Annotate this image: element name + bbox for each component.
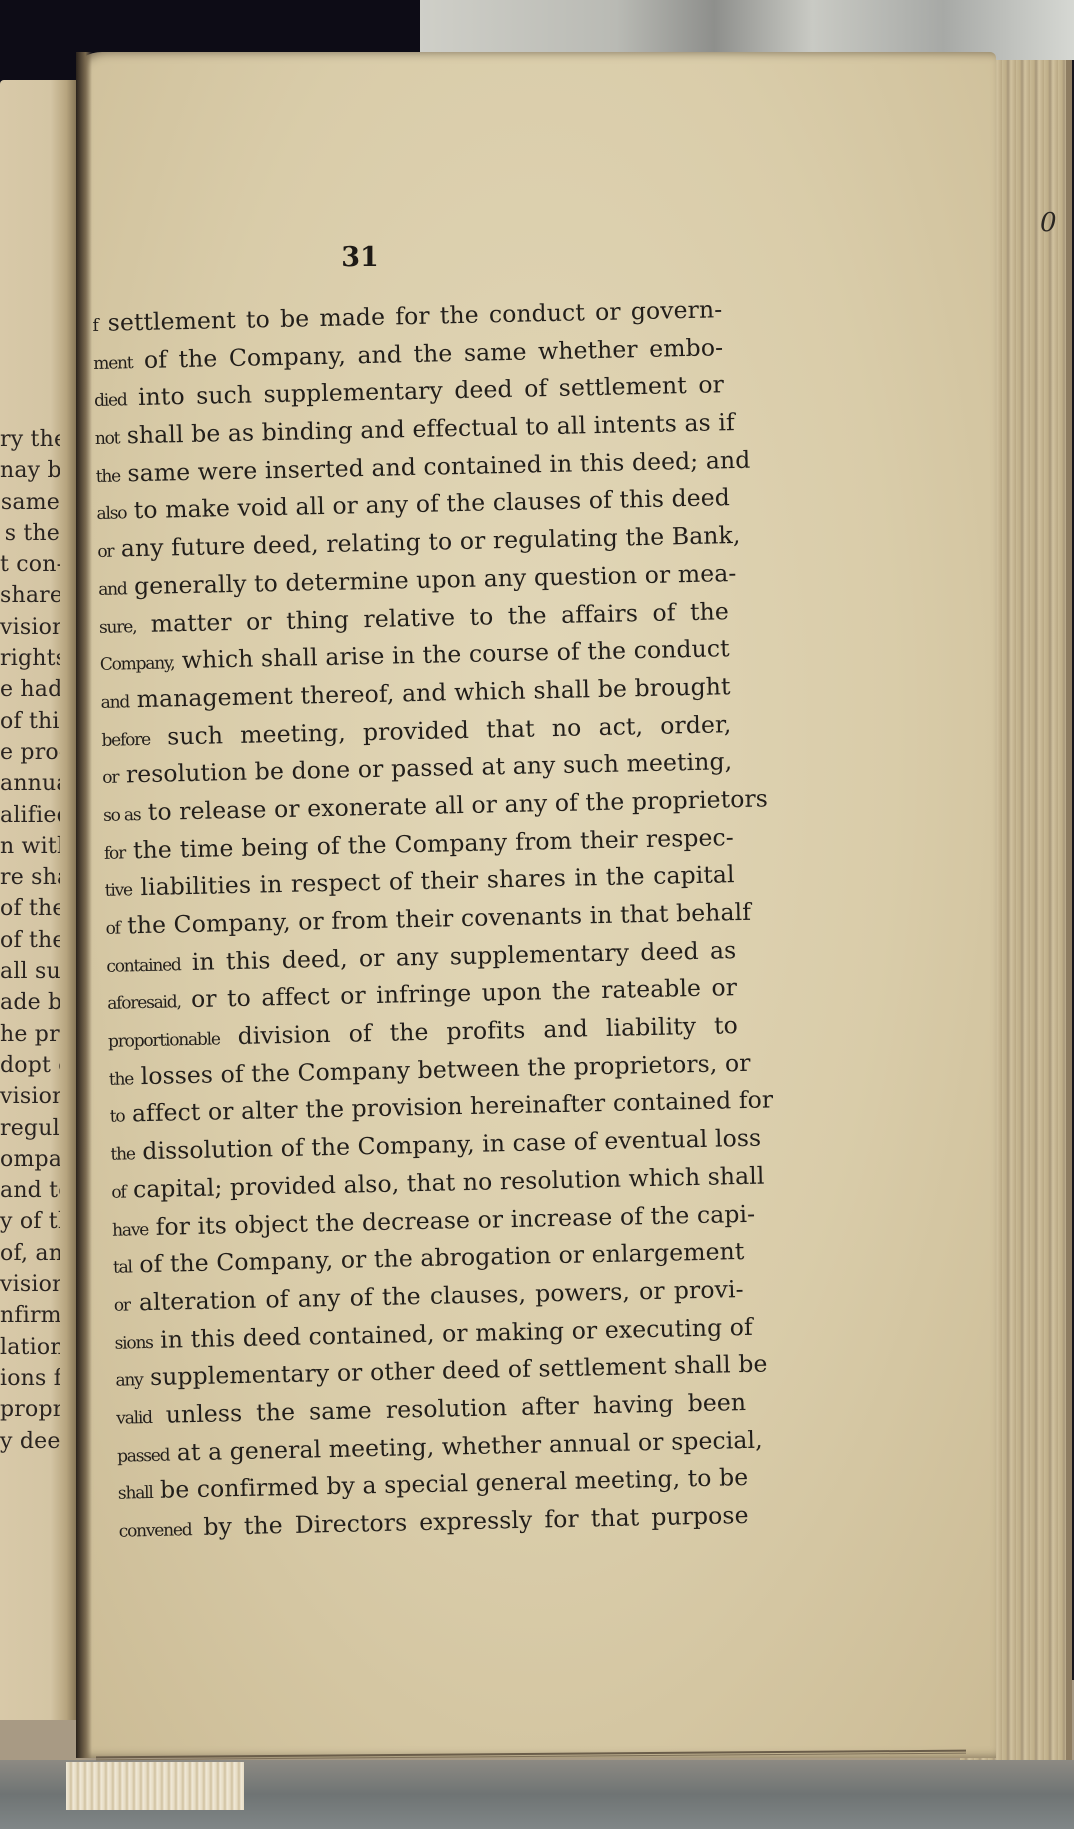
line-text: in this deed, or any supplementary deed … <box>192 936 737 976</box>
line-start-fragment: convened <box>119 1520 192 1542</box>
line-text: such meeting, provided that no act, orde… <box>167 710 732 750</box>
left-page-line: nay be <box>0 455 60 486</box>
line-text: unless the same resolution after having … <box>165 1388 746 1429</box>
line-start-fragment: the <box>110 1144 135 1165</box>
left-page-line: of, and <box>0 1238 60 1269</box>
left-page-line: alified <box>0 800 60 831</box>
line-start-fragment: of <box>111 1182 126 1202</box>
line-start-fragment: valid <box>116 1408 152 1429</box>
line-start-fragment: aforesaid, <box>107 993 181 1015</box>
line-text: management thereof, and which shall be b… <box>136 672 730 713</box>
page-number: 31 <box>340 242 380 273</box>
line-start-fragment: shall <box>118 1483 153 1504</box>
left-page-line: e pro- <box>0 737 60 768</box>
background-print <box>420 0 1074 60</box>
left-page-line: same <box>0 487 60 518</box>
left-page-line: visional <box>0 1081 60 1112</box>
left-page-line: e had <box>0 674 60 705</box>
line-start-fragment: or <box>97 542 113 562</box>
left-page-line: ry the <box>0 424 60 455</box>
left-page-line: rights, <box>0 643 60 674</box>
line-start-fragment: any <box>115 1370 143 1391</box>
body-text: f settlement to be made for the conduct … <box>92 291 749 1548</box>
line-start-fragment: proportionable <box>108 1029 220 1051</box>
left-page-line: visional <box>0 1269 60 1300</box>
line-text: by the Directors expressly for that purp… <box>203 1501 749 1541</box>
left-page-line: regula- <box>0 1113 60 1144</box>
left-page-line: re shall <box>0 862 60 893</box>
line-start-fragment: also <box>96 504 126 525</box>
left-page-line: ade by <box>0 987 60 1018</box>
line-text: which shall arise in the course of the c… <box>182 634 730 674</box>
left-page-line: y deed <box>0 1426 60 1457</box>
line-start-fragment: ment <box>93 353 133 374</box>
left-page-line: he pro- <box>0 1019 60 1050</box>
line-start-fragment: or <box>102 768 118 788</box>
line-start-fragment: before <box>101 729 150 750</box>
left-page-line: nfirmed, <box>0 1300 60 1331</box>
left-page-line: t con- <box>0 549 60 580</box>
left-page-line: dopt or <box>0 1050 60 1081</box>
left-page-line: n with <box>0 831 60 862</box>
left-page-line: lations, <box>0 1332 60 1363</box>
left-page-line: proprie- <box>0 1394 60 1425</box>
line-start-fragment: and <box>100 692 129 713</box>
left-page-line: visions <box>0 612 60 643</box>
line-start-fragment: or <box>114 1295 130 1315</box>
line-start-fragment: the <box>109 1069 134 1090</box>
line-start-fragment: to <box>110 1107 125 1127</box>
line-start-fragment: not <box>95 429 120 450</box>
left-page-line: y of the <box>0 1206 60 1237</box>
line-start-fragment: so as <box>103 805 141 826</box>
line-start-fragment: f <box>92 316 98 336</box>
line-start-fragment: for <box>104 843 125 863</box>
left-page-line: of the <box>0 925 60 956</box>
left-page-line: of this <box>0 706 60 737</box>
left-page-line: annual <box>0 768 60 799</box>
line-start-fragment: Company, <box>100 653 175 675</box>
line-start-fragment: have <box>112 1219 148 1240</box>
page-gutter <box>76 52 92 1758</box>
left-page-line: s the <box>0 518 60 549</box>
left-page-line: all sub- <box>0 956 60 987</box>
line-start-fragment: tal <box>113 1258 132 1278</box>
line-start-fragment: the <box>96 466 121 487</box>
page-edges-bottom <box>66 1762 244 1810</box>
left-page-line: of the <box>0 893 60 924</box>
line-text: or to affect or infringe upon the rateab… <box>191 973 738 1013</box>
line-start-fragment: sure, <box>99 617 137 638</box>
left-page-line: ions for <box>0 1363 60 1394</box>
left-page-text: ry thenay besames thet con-sharesvisions… <box>0 424 60 1457</box>
line-start-fragment: contained <box>106 955 181 977</box>
line-text: of the Company, and the same whether emb… <box>144 333 724 374</box>
line-start-fragment: sions <box>114 1332 153 1353</box>
line-start-fragment: died <box>94 391 127 412</box>
left-page-line: shares <box>0 580 60 611</box>
line-start-fragment: passed <box>117 1445 170 1466</box>
left-page-line: ompany <box>0 1144 60 1175</box>
margin-pencil-mark: 0 <box>1040 208 1057 238</box>
line-text: division of the profits and liability to <box>237 1011 738 1050</box>
line-start-fragment: of <box>105 919 120 939</box>
line-start-fragment: tive <box>105 881 133 902</box>
line-start-fragment: and <box>98 579 127 600</box>
left-page-line: and to <box>0 1175 60 1206</box>
